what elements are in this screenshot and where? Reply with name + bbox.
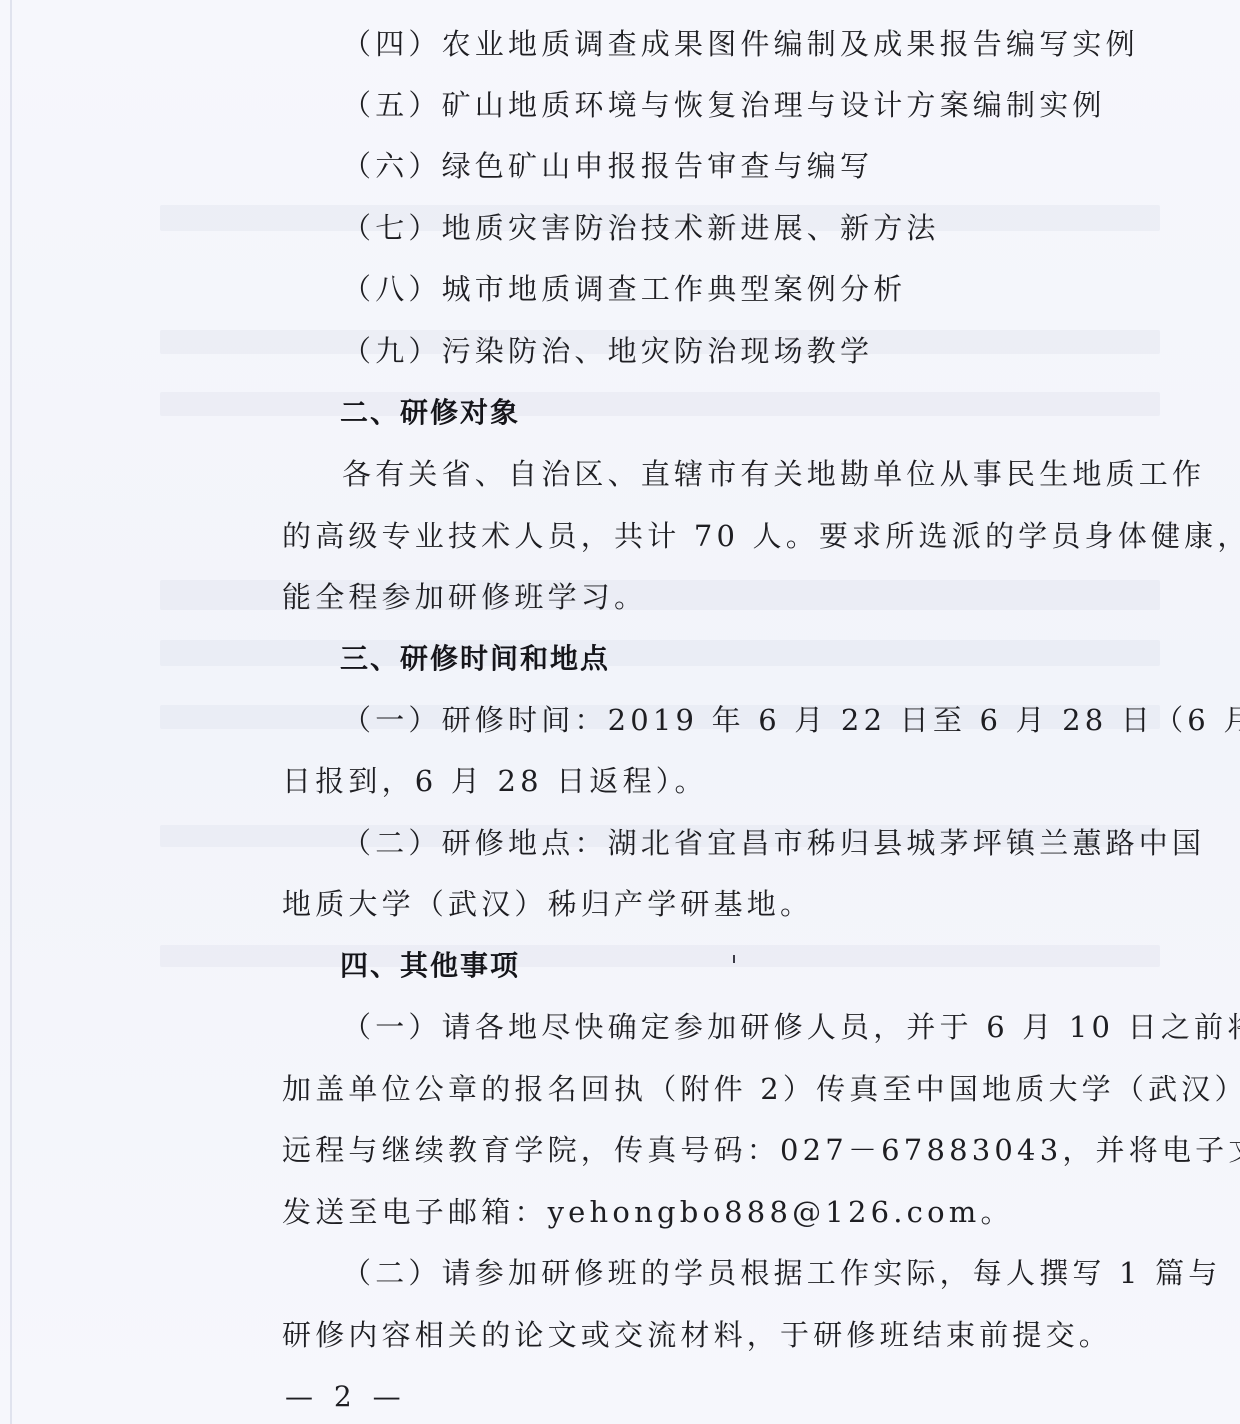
page-number: — 2 — [285, 1380, 407, 1413]
paragraph-line: 能全程参加研修班学习。 [282, 577, 647, 617]
scan-edge-line [10, 0, 12, 1424]
bleed-through [160, 945, 1160, 967]
list-item: （四）农业地质调查成果图件编制及成果报告编写实例 [342, 24, 1139, 64]
paragraph-line: （二）研修地点：湖北省宜昌市秭归县城茅坪镇兰蕙路中国 [342, 823, 1205, 863]
section-heading: 三、研修时间和地点 [340, 639, 610, 679]
scan-artifact [733, 955, 735, 963]
paragraph-line: 各有关省、自治区、直辖市有关地勘单位从事民生地质工作 [342, 454, 1205, 494]
list-item: （八）城市地质调查工作典型案例分析 [342, 269, 906, 309]
paragraph-line: 地质大学（武汉）秭归产学研基地。 [282, 884, 813, 924]
paragraph-line: 加盖单位公章的报名回执（附件 2）传真至中国地质大学（武汉） [282, 1069, 1240, 1109]
paragraph-line: 研修内容相关的论文或交流材料，于研修班结束前提交。 [282, 1315, 1112, 1355]
paragraph-line: 发送至电子邮箱：yehongbo888@126.com。 [282, 1192, 1014, 1232]
list-item: （七）地质灾害防治技术新进展、新方法 [342, 208, 940, 248]
bleed-through [160, 392, 1160, 416]
list-item: （九）污染防治、地灾防治现场教学 [342, 331, 873, 371]
paragraph-line: 远程与继续教育学院，传真号码：027－67883043，并将电子文本 [282, 1130, 1240, 1170]
paragraph-line: （二）请参加研修班的学员根据工作实际，每人撰写 1 篇与 [342, 1253, 1222, 1293]
scanned-document-page: （四）农业地质调查成果图件编制及成果报告编写实例 （五）矿山地质环境与恢复治理与… [0, 0, 1240, 1424]
paragraph-line: 的高级专业技术人员，共计 70 人。要求所选派的学员身体健康， [282, 516, 1240, 556]
paragraph-line: 日报到，6 月 28 日返程）。 [282, 761, 708, 801]
list-item: （五）矿山地质环境与恢复治理与设计方案编制实例 [342, 85, 1106, 125]
paragraph-line: （一）请各地尽快确定参加研修人员，并于 6 月 10 日之前将 [342, 1007, 1240, 1047]
list-item: （六）绿色矿山申报报告审查与编写 [342, 146, 873, 186]
bleed-through [160, 640, 1160, 666]
section-heading: 二、研修对象 [340, 393, 520, 433]
paragraph-line: （一）研修时间：2019 年 6 月 22 日至 6 月 28 日（6 月 22 [342, 700, 1240, 740]
section-heading: 四、其他事项 [340, 946, 520, 986]
